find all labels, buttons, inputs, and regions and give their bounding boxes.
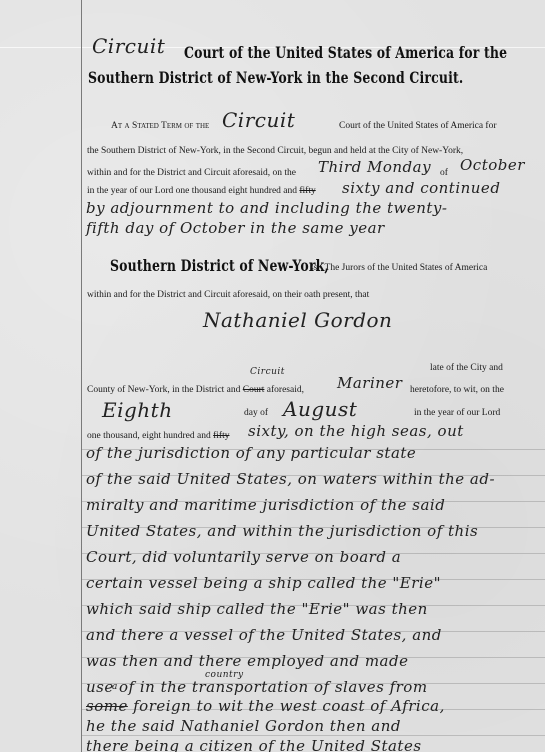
handwritten-court-circuit: Circuit <box>222 108 295 132</box>
day-of-text: day of <box>244 408 268 418</box>
inserted-a: a <box>112 682 118 692</box>
body-line: there being a citizen of the United Stat… <box>86 737 422 752</box>
handwritten-fifth-day-line: fifth day of October in the same year <box>86 219 385 237</box>
inserted-circuit: Circuit <box>250 367 285 377</box>
header-line-1: Court of the United States of America fo… <box>184 43 507 62</box>
jurors-district-heading: Southern District of New-York, <box>110 256 329 275</box>
jurors-line-2: within and for the District and Circuit … <box>87 290 369 300</box>
handwritten-sixty-continued: sixty and continued <box>342 179 500 197</box>
stated-term-prefix: At a Stated Term of the <box>111 121 209 131</box>
year-line-prefix: in the year of our Lord one thousand eig… <box>87 186 316 196</box>
year-phrase: in the year of our Lord <box>414 408 500 418</box>
header-line-2: Southern District of New-York in the Sec… <box>88 68 463 87</box>
thousand-line: one thousand, eight hundred and fifty <box>87 431 229 441</box>
body-line: certain vessel being a ship called the "… <box>86 574 441 592</box>
body-line: of the said United States, on waters wit… <box>86 470 495 488</box>
margin-rule <box>81 0 82 752</box>
handwritten-eighth: Eighth <box>102 398 173 422</box>
body-line: United States, and within the jurisdicti… <box>86 522 478 540</box>
heretofore-text: heretofore, to wit, on the <box>410 385 504 395</box>
body-line: use of in the transportation of slaves f… <box>86 678 428 696</box>
inserted-country: country <box>205 670 244 680</box>
body-line: was then and there employed and made <box>86 652 408 670</box>
handwritten-adjournment-line: by adjournment to and including the twen… <box>86 199 447 217</box>
body-line-corrected: some foreign to wit the west coast of Af… <box>86 697 445 715</box>
county-line: County of New-York, in the District and … <box>87 385 304 395</box>
body-line: he the said Nathaniel Gordon then and <box>86 717 401 735</box>
struck-fifty: fifty <box>299 186 315 196</box>
handwritten-defendant-name: Nathaniel Gordon <box>203 308 392 332</box>
stated-term-of: of <box>440 168 448 178</box>
stated-term-suffix: Court of the United States of America fo… <box>339 121 497 131</box>
handwritten-mariner: Mariner <box>337 374 402 392</box>
handwritten-third-monday: Third Monday <box>318 158 431 176</box>
stated-term-line-3: within and for the District and Circuit … <box>87 168 296 178</box>
struck-court: Court <box>243 385 265 395</box>
struck-some: some <box>86 697 128 715</box>
stated-term-line-2: the Southern District of New-York, in th… <box>87 146 463 156</box>
jurors-ss: ss. The Jurors of the United States of A… <box>310 263 487 273</box>
handwritten-court-type: Circuit <box>92 34 165 58</box>
body-line: miralty and maritime jurisdiction of the… <box>86 496 445 514</box>
body-line: which said ship called the "Erie" was th… <box>86 600 428 618</box>
late-of-city: late of the City and <box>430 363 503 373</box>
handwritten-october: October <box>460 156 525 174</box>
handwritten-sixty-high-seas: sixty, on the high seas, out <box>248 422 464 440</box>
struck-fifty-2: fifty <box>213 431 229 441</box>
body-line: of the jurisdiction of any particular st… <box>86 444 416 462</box>
body-line: and there a vessel of the United States,… <box>86 626 442 644</box>
ruled-line <box>82 735 545 736</box>
body-line: Court, did voluntarily serve on board a <box>86 548 401 566</box>
handwritten-august: August <box>283 397 357 421</box>
